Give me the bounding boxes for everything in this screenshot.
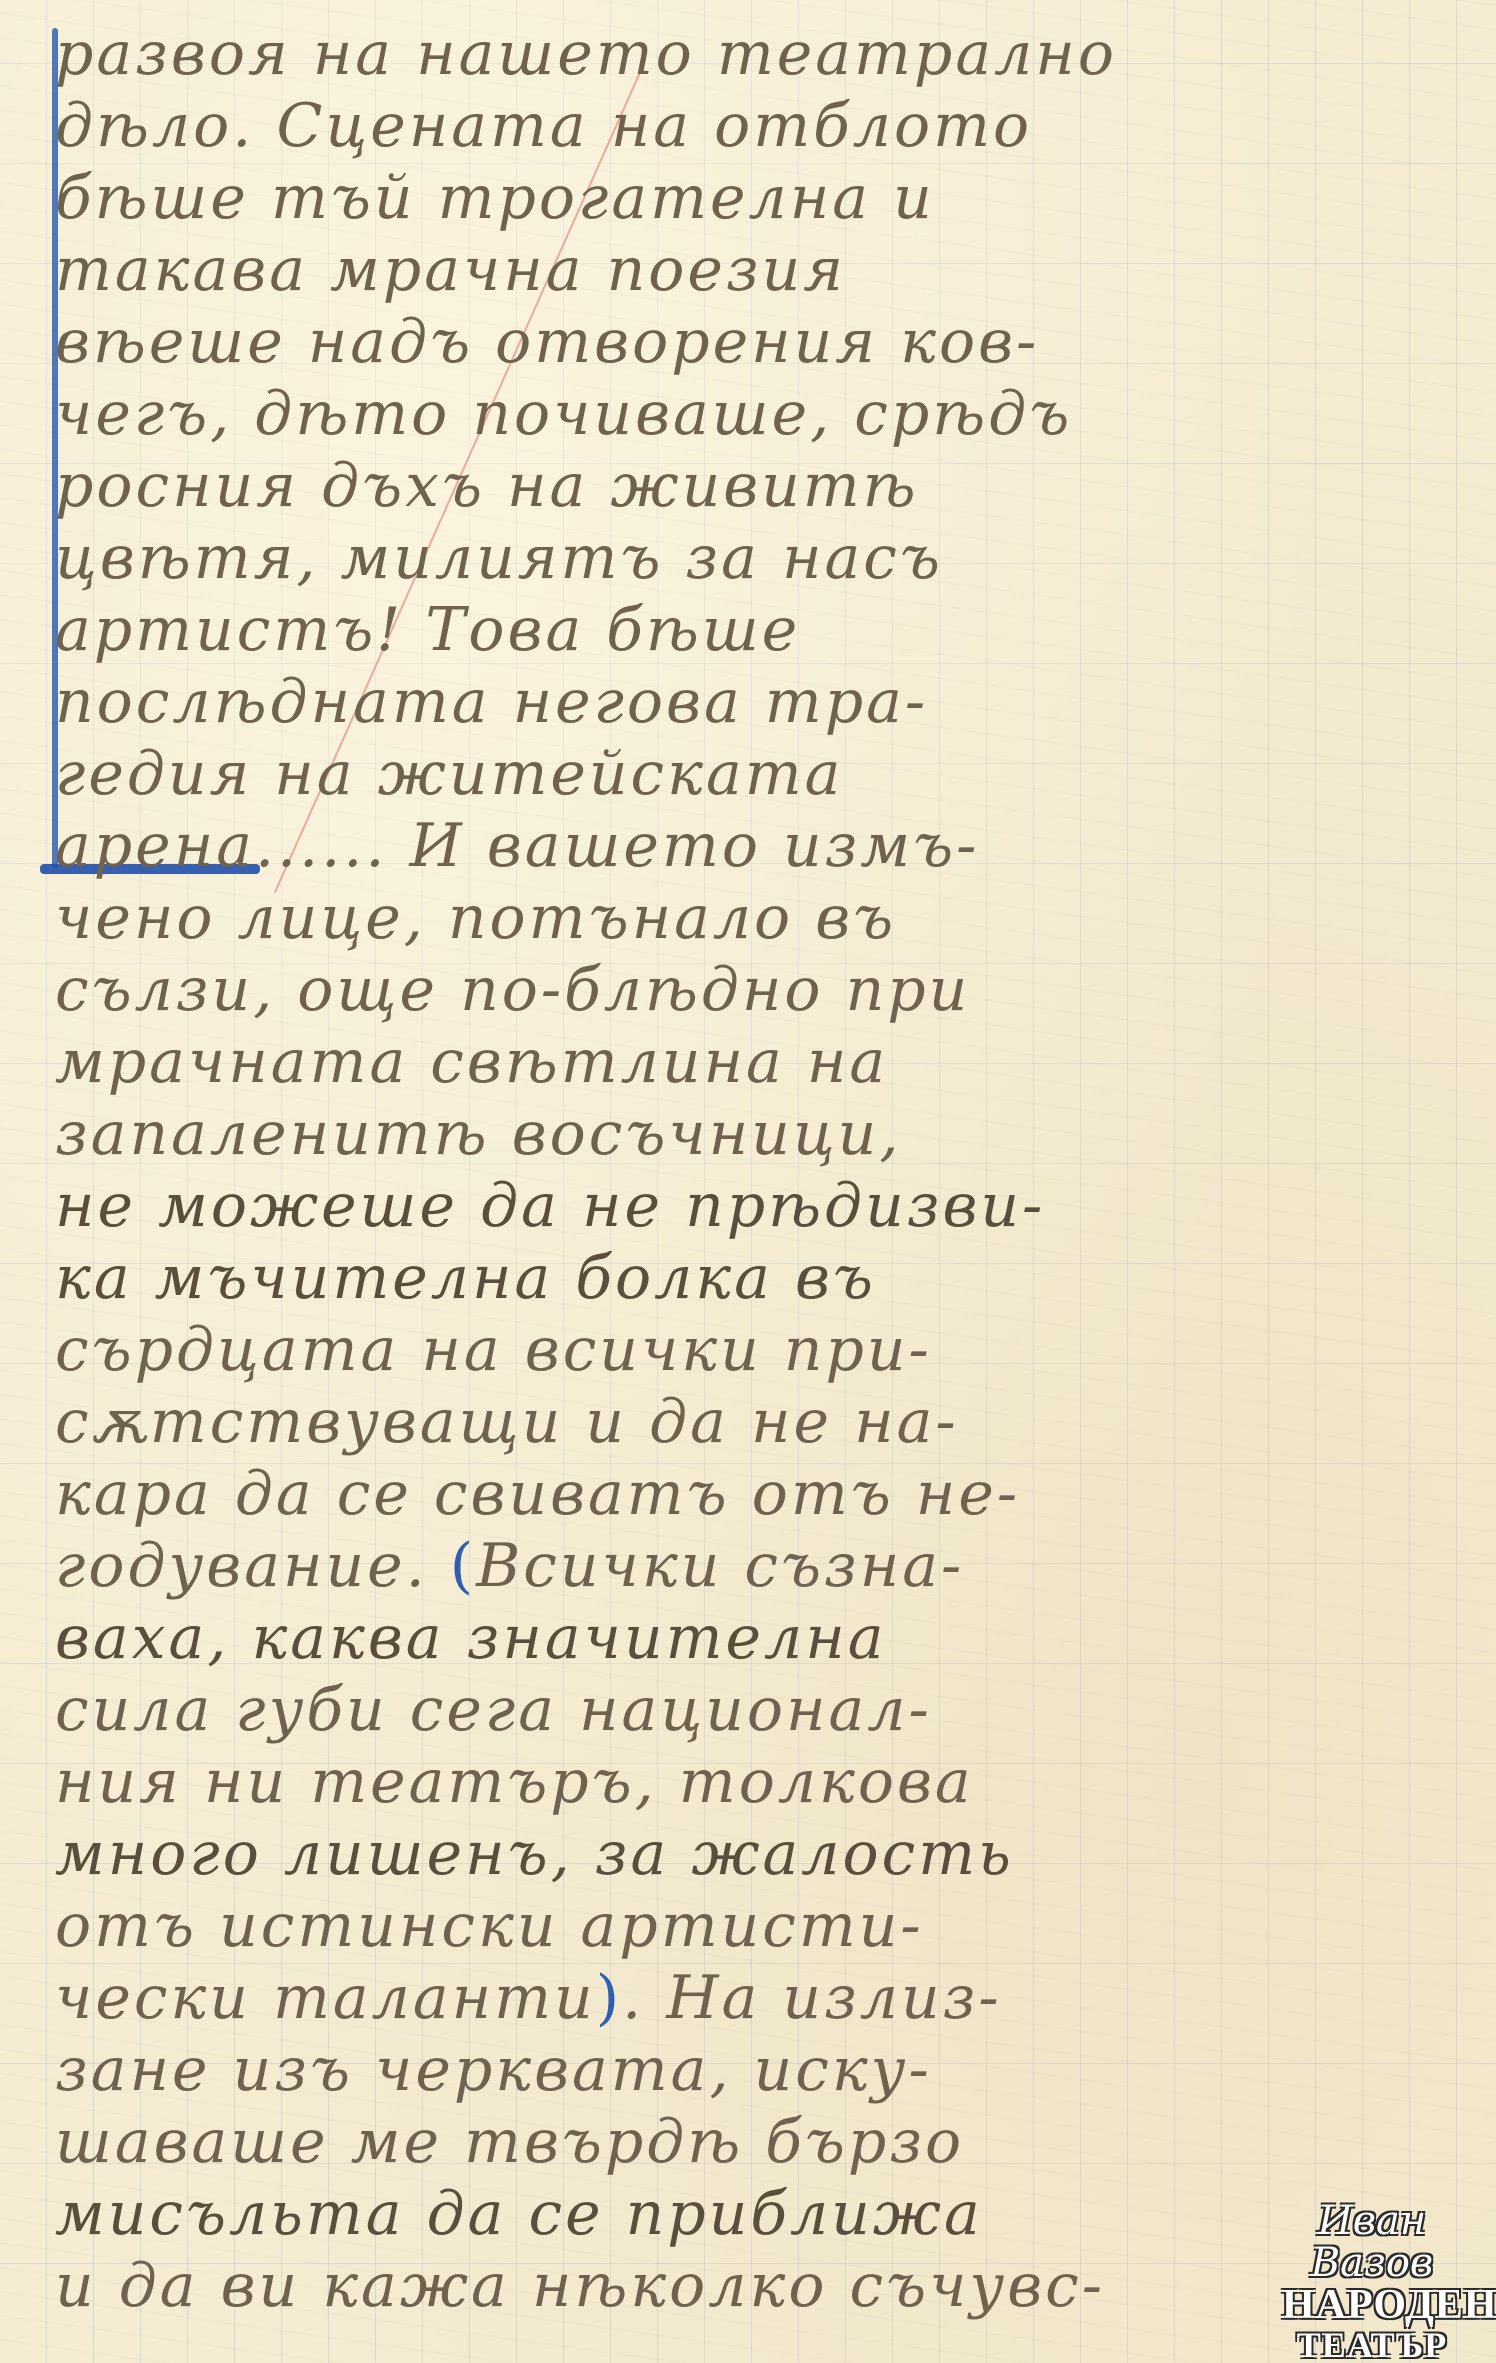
text-line: чегъ, дѣто почиваше, срѣдъ [55, 378, 1485, 450]
text-line: мрачната свѣтлина на [55, 1026, 1485, 1098]
text-line: развоя на нашето театрално [55, 18, 1485, 90]
text-line: зане изъ черквата, иску- [55, 2034, 1485, 2106]
text-line: много лишенъ, за жалость [55, 1818, 1485, 1890]
text-line: вѣеше надъ отворения ков- [55, 306, 1485, 378]
text-fragment: . На излиз- [622, 1963, 1002, 2033]
text-line: сѫтствуващи и да не на- [55, 1386, 1485, 1458]
text-line: запаленитѣ восъчници, [55, 1098, 1485, 1170]
blue-close-paren: ) [596, 1963, 622, 2033]
text-line: цвѣтя, милиятъ за насъ [55, 522, 1485, 594]
letter-page: развоя на нашето театрално дѣло. Сцената… [0, 0, 1496, 2363]
text-line: ка мъчителна болка въ [55, 1242, 1485, 1314]
text-line: послѣдната негова тра- [55, 666, 1485, 738]
text-line: сълзи, още по-блѣдно при [55, 954, 1485, 1026]
text-line: не можеше да не прѣдизви- [55, 1170, 1485, 1242]
text-line: чено лице, потънало въ [55, 882, 1485, 954]
text-fragment: годувание. [55, 1531, 428, 1601]
text-line: чески таланти). На излиз- [55, 1962, 1485, 2034]
text-line: росния дъхъ на живитѣ [55, 450, 1485, 522]
text-line: мисъльта да се приближа [55, 2178, 1485, 2250]
text-line: бѣше тъй трогателна и [55, 162, 1485, 234]
text-line: такава мрачна поезия [55, 234, 1485, 306]
text-line: шаваше ме твърдѣ бързо [55, 2106, 1485, 2178]
national-theatre-watermark-logo: Иван Вазов НАРОДЕН ТЕАТЪР [1282, 2200, 1462, 2363]
text-line: кара да се свиватъ отъ не- [55, 1458, 1485, 1530]
blue-open-paren: ( [450, 1531, 476, 1601]
text-line: ваха, каква значителна [55, 1602, 1485, 1674]
text-line: годувание. (Всички съзна- [55, 1530, 1485, 1602]
text-line: отъ истински артисти- [55, 1890, 1485, 1962]
text-line: сърдцата на всички при- [55, 1314, 1485, 1386]
text-fragment: Всички съзна- [476, 1531, 964, 1601]
logo-line-2: ТЕАТЪР [1282, 2326, 1462, 2363]
text-line: ния ни театъръ, толкова [55, 1746, 1485, 1818]
text-line: и да ви кажа нѣколко съчувс- [55, 2250, 1485, 2322]
text-line: арена...... И вашето измъ- [55, 810, 1485, 882]
text-line: гедия на житейската [55, 738, 1485, 810]
text-line: сила губи сега национал- [55, 1674, 1485, 1746]
logo-signature: Иван Вазов [1282, 2200, 1462, 2284]
handwritten-text: развоя на нашето театрално дѣло. Сцената… [55, 18, 1485, 2322]
text-line: дѣло. Сцената на отблото [55, 90, 1485, 162]
logo-line-1: НАРОДЕН [1282, 2284, 1462, 2326]
text-fragment: чески таланти [55, 1963, 596, 2033]
text-line: артистъ! Това бѣше [55, 594, 1485, 666]
